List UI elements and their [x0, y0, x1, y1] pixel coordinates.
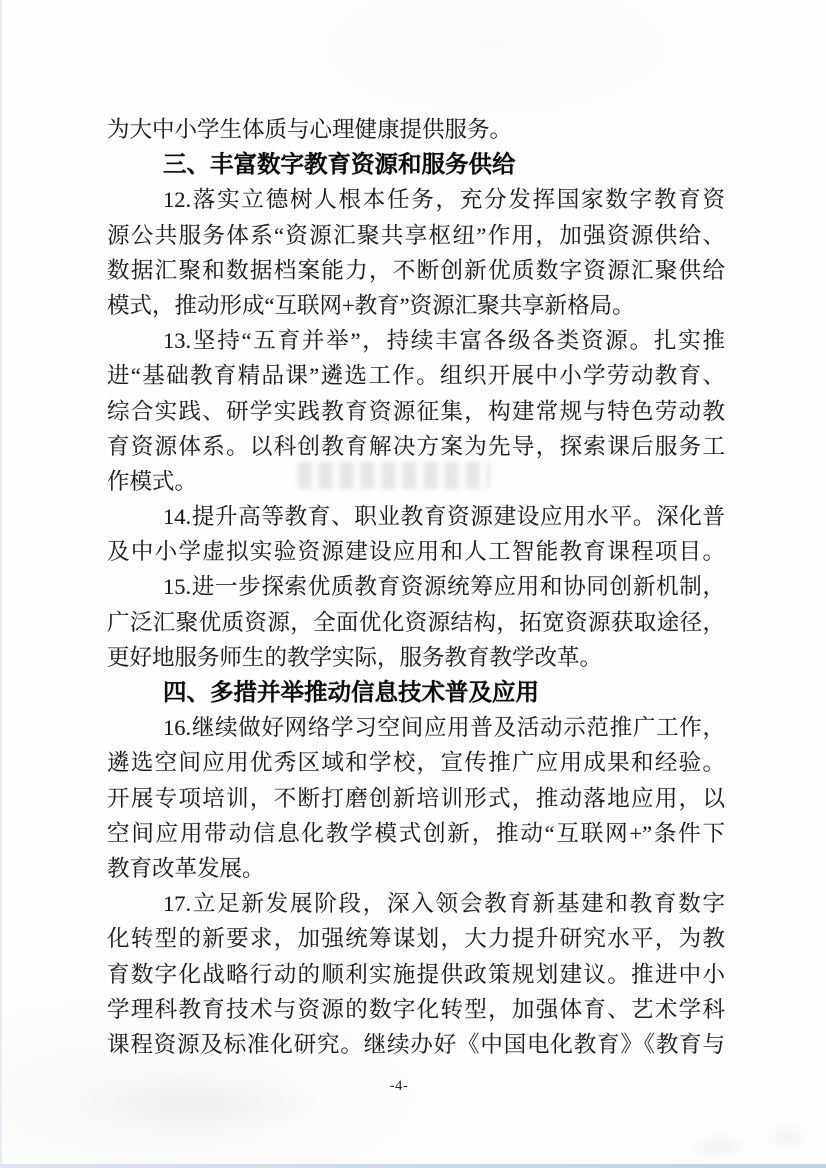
- text-line: 源公共服务体系“资源汇聚共享枢纽”作用，加强资源供给、: [107, 218, 725, 253]
- text-line: 课程资源及标准化研究。继续办好《中国电化教育》《教育与: [107, 1027, 725, 1062]
- scan-smudge-artifact: [30, 1060, 360, 1150]
- scanned-document-page: 为大中小学生体质与心理健康提供服务。 三、丰富数字教育资源和服务供给 12.落实…: [0, 0, 826, 1168]
- text-line: 数据汇聚和数据档案能力，不断创新优质数字资源汇聚供给: [107, 253, 725, 288]
- text-line: 14.提升高等教育、职业教育资源建设应用水平。深化普: [107, 499, 725, 534]
- section-heading: 四、多措并举推动信息技术普及应用: [107, 675, 725, 710]
- text-line: 进“基础教育精品课”遴选工作。组织开展中小学劳动教育、: [107, 358, 725, 393]
- text-line: 遴选空间应用优秀区域和学校，宣传推广应用成果和经验。: [107, 745, 725, 780]
- text-line: 及中小学虚拟实验资源建设应用和人工智能教育课程项目。: [107, 534, 725, 569]
- scanner-edge-bottom: [0, 1164, 826, 1168]
- scan-smudge-artifact: [672, 1118, 826, 1166]
- text-line: 化转型的新要求，加强统筹谋划，大力提升研究水平，为教: [107, 921, 725, 956]
- text-line: 开展专项培训，不断打磨创新培训形式，推动落地应用，以: [107, 781, 725, 816]
- text-line: 综合实践、研学实践教育资源征集，构建常规与特色劳动教: [107, 394, 725, 429]
- text-line: 模式，推动形成“互联网+教育”资源汇聚共享新格局。: [107, 288, 725, 323]
- text-line: 13.坚持“五育并举”，持续丰富各级各类资源。扎实推: [107, 323, 725, 358]
- text-line: 育资源体系。以科创教育解决方案为先导，探索课后服务工: [107, 429, 725, 464]
- text-line: 为大中小学生体质与心理健康提供服务。: [107, 112, 725, 147]
- text-line: 17.立足新发展阶段，深入领会教育新基建和教育数字: [107, 886, 725, 921]
- text-line: 空间应用带动信息化教学模式创新，推动“互联网+”条件下: [107, 816, 725, 851]
- section-heading: 三、丰富数字教育资源和服务供给: [107, 147, 725, 182]
- text-line: 16.继续做好网络学习空间应用普及活动示范推广工作，: [107, 710, 725, 745]
- scan-bleed-artifact: [298, 462, 490, 489]
- text-line: 育数字化战略行动的顺利实施提供政策规划建议。推进中小: [107, 957, 725, 992]
- text-block: 为大中小学生体质与心理健康提供服务。 三、丰富数字教育资源和服务供给 12.落实…: [107, 112, 725, 1062]
- text-line: 广泛汇聚优质资源，全面优化资源结构，拓宽资源获取途径，: [107, 605, 725, 640]
- scanner-edge-left: [0, 0, 2, 1168]
- text-line: 教育改革发展。: [107, 851, 725, 886]
- text-line: 更好地服务师生的教学实际，服务教育教学改革。: [107, 640, 725, 675]
- text-line: 12.落实立德树人根本任务，充分发挥国家数字教育资: [107, 182, 725, 217]
- text-line: 学理科教育技术与资源的数字化转型，加强体育、艺术学科: [107, 992, 725, 1027]
- text-line: 15.进一步探索优质教育资源统筹应用和协同创新机制，: [107, 569, 725, 604]
